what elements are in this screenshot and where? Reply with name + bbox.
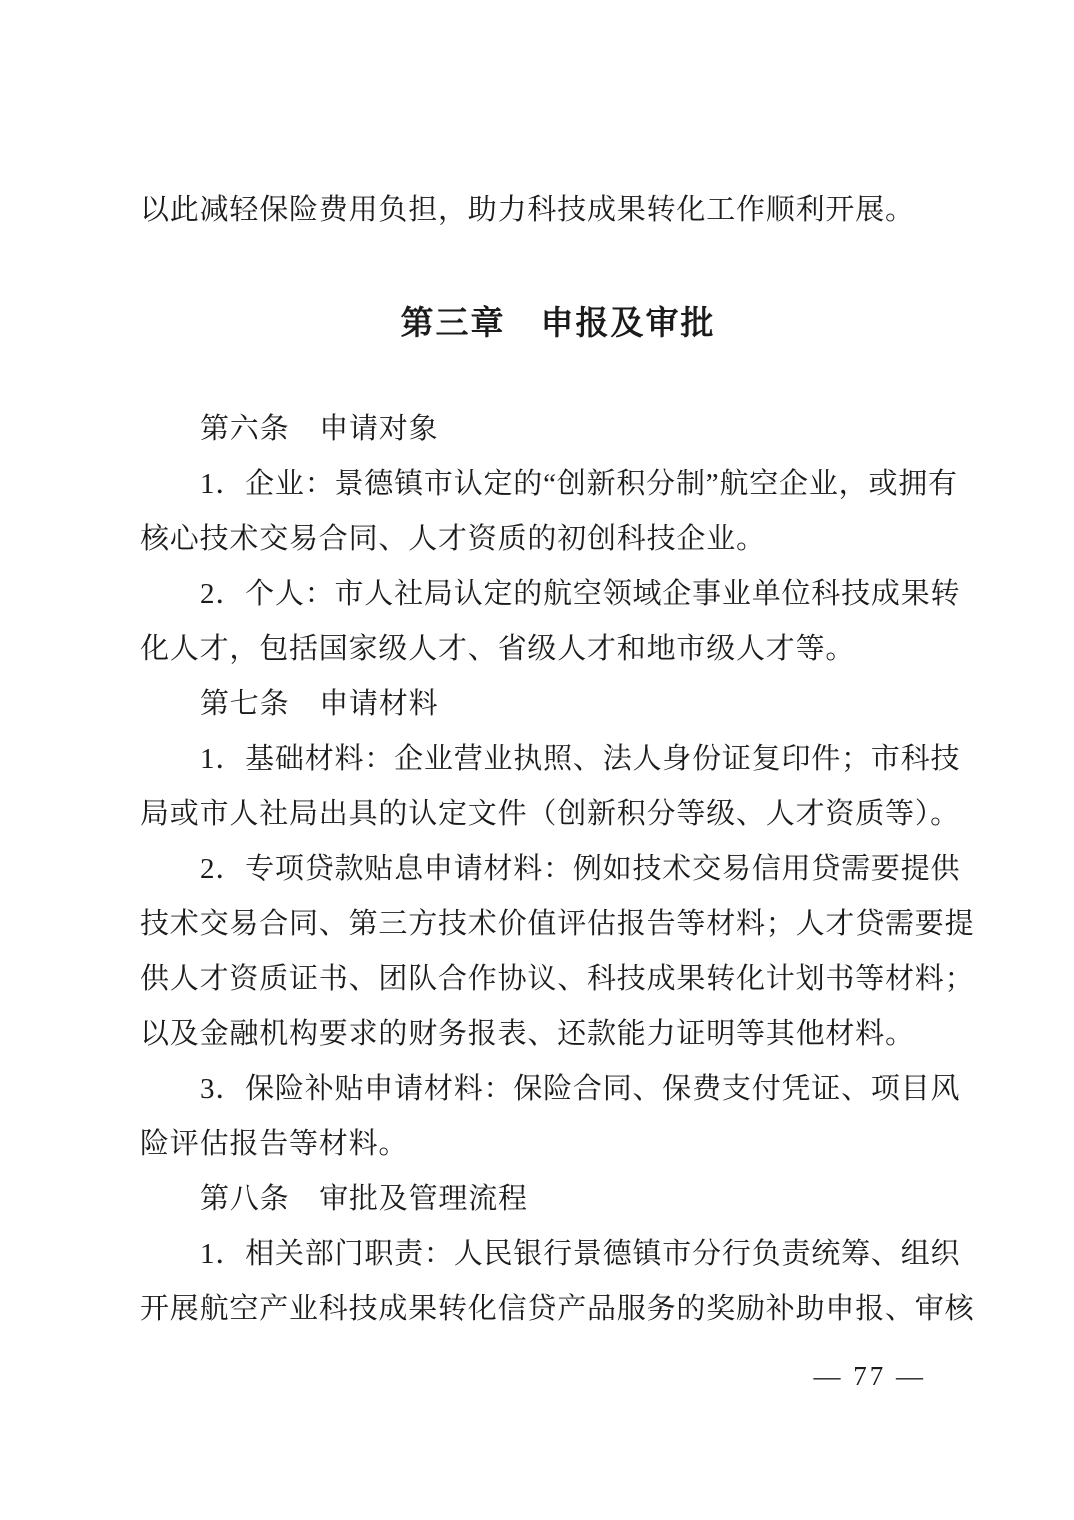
text-line: 第七条 申请材料 — [140, 677, 976, 732]
text-line: 第六条 申请对象 — [140, 402, 976, 457]
text-line: 开展航空产业科技成果转化信贷产品服务的奖励补助申报、审核 — [140, 1282, 976, 1337]
text-line: 局或市人社局出具的认定文件（创新积分等级、人才资质等）。 — [140, 787, 976, 842]
text-line: 2．专项贷款贴息申请材料：例如技术交易信用贷需要提供 — [140, 842, 976, 897]
page-number: — 77 — — [814, 1360, 927, 1392]
text-line: 险评估报告等材料。 — [140, 1117, 976, 1172]
text-line: 1．基础材料：企业营业执照、法人身份证复印件；市科技 — [140, 732, 976, 787]
document-content: 以此减轻保险费用负担，助力科技成果转化工作顺利开展。第三章 申报及审批第六条 申… — [140, 183, 976, 1337]
text-line: 化人才，包括国家级人才、省级人才和地市级人才等。 — [140, 622, 976, 677]
chapter-heading: 第三章 申报及审批 — [140, 295, 976, 350]
text-line: 以及金融机构要求的财务报表、还款能力证明等其他材料。 — [140, 1007, 976, 1062]
text-line: 供人才资质证书、团队合作协议、科技成果转化计划书等材料； — [140, 952, 976, 1007]
text-line: 3．保险补贴申请材料：保险合同、保费支付凭证、项目风 — [140, 1062, 976, 1117]
text-line: 第八条 审批及管理流程 — [140, 1172, 976, 1227]
text-line: 以此减轻保险费用负担，助力科技成果转化工作顺利开展。 — [140, 183, 976, 238]
text-line: 2．个人：市人社局认定的航空领域企事业单位科技成果转 — [140, 567, 976, 622]
text-line: 技术交易合同、第三方技术价值评估报告等材料；人才贷需要提 — [140, 897, 976, 952]
document-page: 以此减轻保险费用负担，助力科技成果转化工作顺利开展。第三章 申报及审批第六条 申… — [0, 0, 1074, 1520]
text-line: 核心技术交易合同、人才资质的初创科技企业。 — [140, 512, 976, 567]
text-line: 1．企业：景德镇市认定的“创新积分制”航空企业，或拥有 — [140, 457, 976, 512]
text-line: 1．相关部门职责：人民银行景德镇市分行负责统筹、组织 — [140, 1227, 976, 1282]
